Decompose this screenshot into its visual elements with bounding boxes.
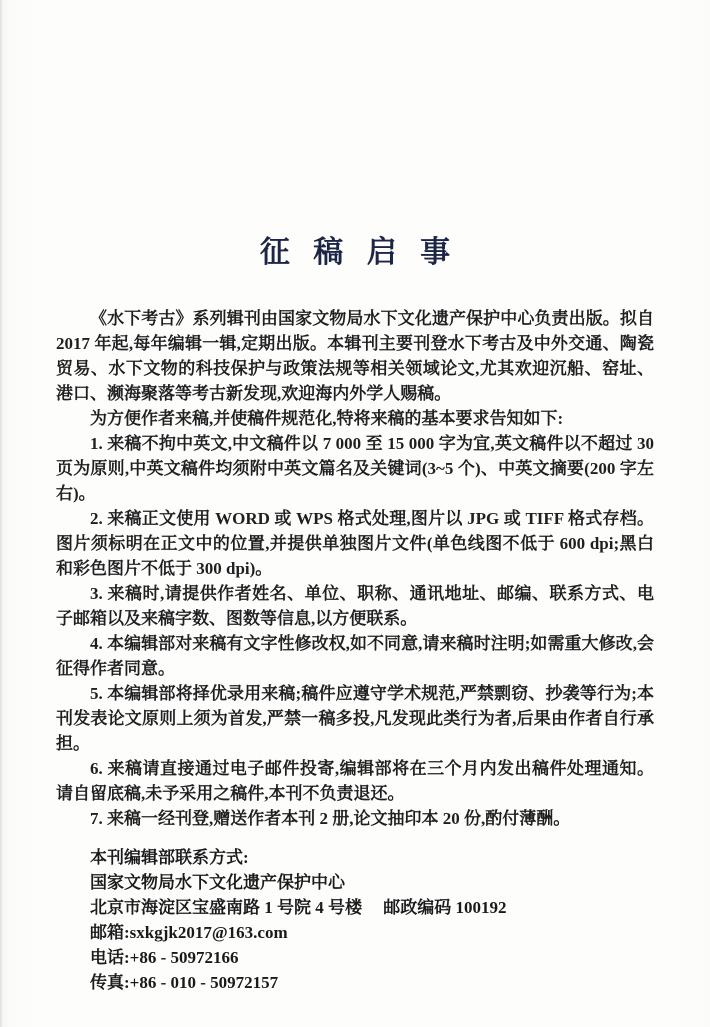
submission-item-6: 6. 来稿请直接通过电子邮件投寄,编辑部将在三个月内发出稿件处理通知。请自留底稿…	[56, 756, 654, 806]
intro-paragraph: 《水下考古》系列辑刊由国家文物局水下文化遗产保护中心负责出版。拟自 2017 年…	[56, 306, 654, 406]
submission-item-3: 3. 来稿时,请提供作者姓名、单位、职称、通讯地址、邮编、联系方式、电子邮箱以及…	[56, 581, 654, 631]
submission-item-7: 7. 来稿一经刊登,赠送作者本刊 2 册,论文抽印本 20 份,酌付薄酬。	[56, 806, 654, 831]
page-content: 征稿启事 《水下考古》系列辑刊由国家文物局水下文化遗产保护中心负责出版。拟自 2…	[56, 236, 654, 995]
submission-item-1: 1. 来稿不拘中英文,中文稿件以 7 000 至 15 000 字为宜,英文稿件…	[56, 431, 654, 506]
page-title: 征稿启事	[56, 236, 654, 270]
page-title-text: 征稿启事	[237, 236, 474, 269]
contact-email: 邮箱:sxkgjk2017@163.com	[56, 920, 654, 945]
submission-item-5: 5. 本编辑部将择优录用来稿;稿件应遵守学术规范,严禁剽窃、抄袭等行为;本刊发表…	[56, 681, 654, 756]
contact-address: 北京市海淀区宝盛南路 1 号院 4 号楼 邮政编码 100192	[56, 895, 654, 920]
contact-heading: 本刊编辑部联系方式:	[56, 845, 654, 870]
contact-block: 本刊编辑部联系方式: 国家文物局水下文化遗产保护中心 北京市海淀区宝盛南路 1 …	[56, 845, 654, 995]
notice-lead: 为方便作者来稿,并使稿件规范化,特将来稿的基本要求告知如下:	[56, 406, 654, 431]
contact-fax: 传真:+86 - 010 - 50972157	[56, 970, 654, 995]
document-page: 征稿启事 《水下考古》系列辑刊由国家文物局水下文化遗产保护中心负责出版。拟自 2…	[0, 0, 710, 1027]
submission-item-4: 4. 本编辑部对来稿有文字性修改权,如不同意,请来稿时注明;如需重大修改,会征得…	[56, 631, 654, 681]
contact-phone: 电话:+86 - 50972166	[56, 945, 654, 970]
contact-organization: 国家文物局水下文化遗产保护中心	[56, 870, 654, 895]
submission-item-2: 2. 来稿正文使用 WORD 或 WPS 格式处理,图片以 JPG 或 TIFF…	[56, 506, 654, 581]
notice-body: 《水下考古》系列辑刊由国家文物局水下文化遗产保护中心负责出版。拟自 2017 年…	[56, 306, 654, 831]
